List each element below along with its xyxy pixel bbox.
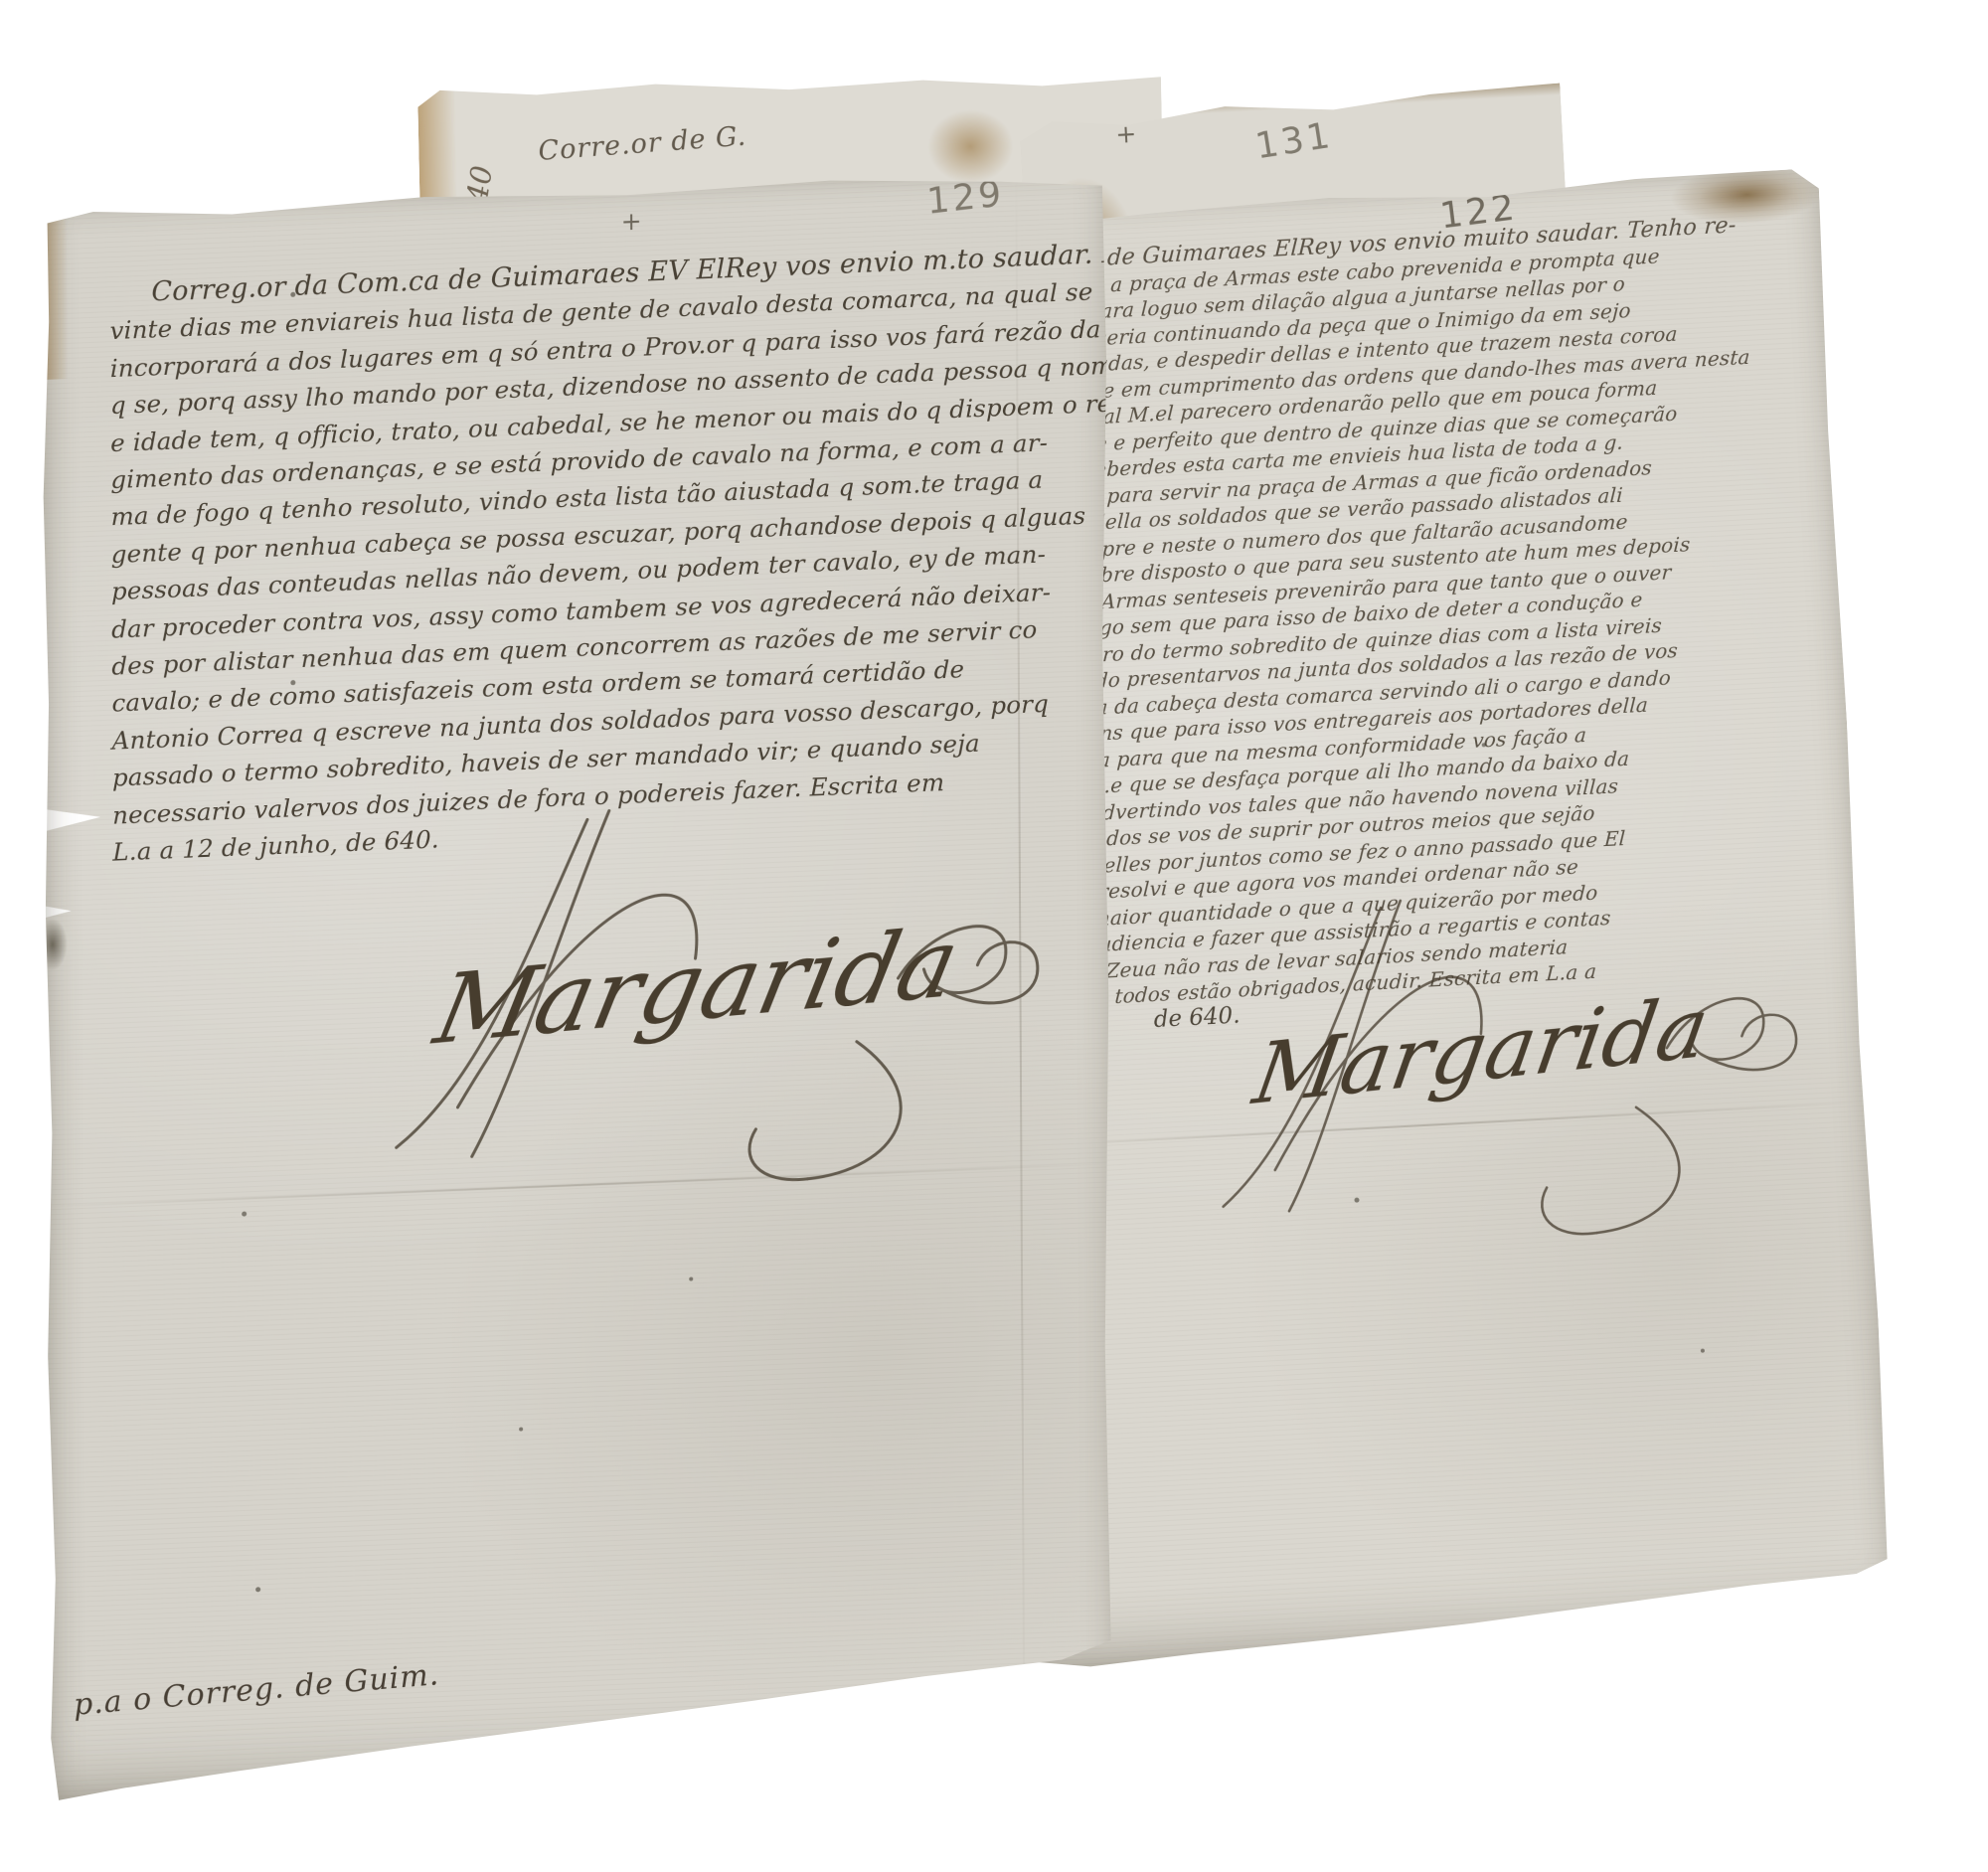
paper-stain <box>38 918 68 970</box>
signature-block: Margarida <box>1149 854 1866 1307</box>
paper-speck <box>519 1427 523 1431</box>
paper-speck <box>242 1211 247 1216</box>
paper-speck <box>1701 1349 1705 1353</box>
torn-notch <box>35 805 100 834</box>
photo-background: 1640 Corre.or de G. + 131 122 la Comarca… <box>0 0 1988 1872</box>
paper-stain <box>38 210 69 380</box>
paper-speck <box>689 1276 693 1280</box>
document-left: + 129 Correg.or da Com.ca de Guimaraes E… <box>40 168 1116 1802</box>
paper-speck <box>255 1587 260 1592</box>
paper-stain <box>927 108 1015 184</box>
page-number: 131 <box>1252 115 1335 168</box>
back-docket: Corre.or de G. <box>537 121 747 167</box>
address-docket: p.a o Correg. de Guim. <box>73 1657 440 1723</box>
cross-mark: + <box>621 207 642 237</box>
